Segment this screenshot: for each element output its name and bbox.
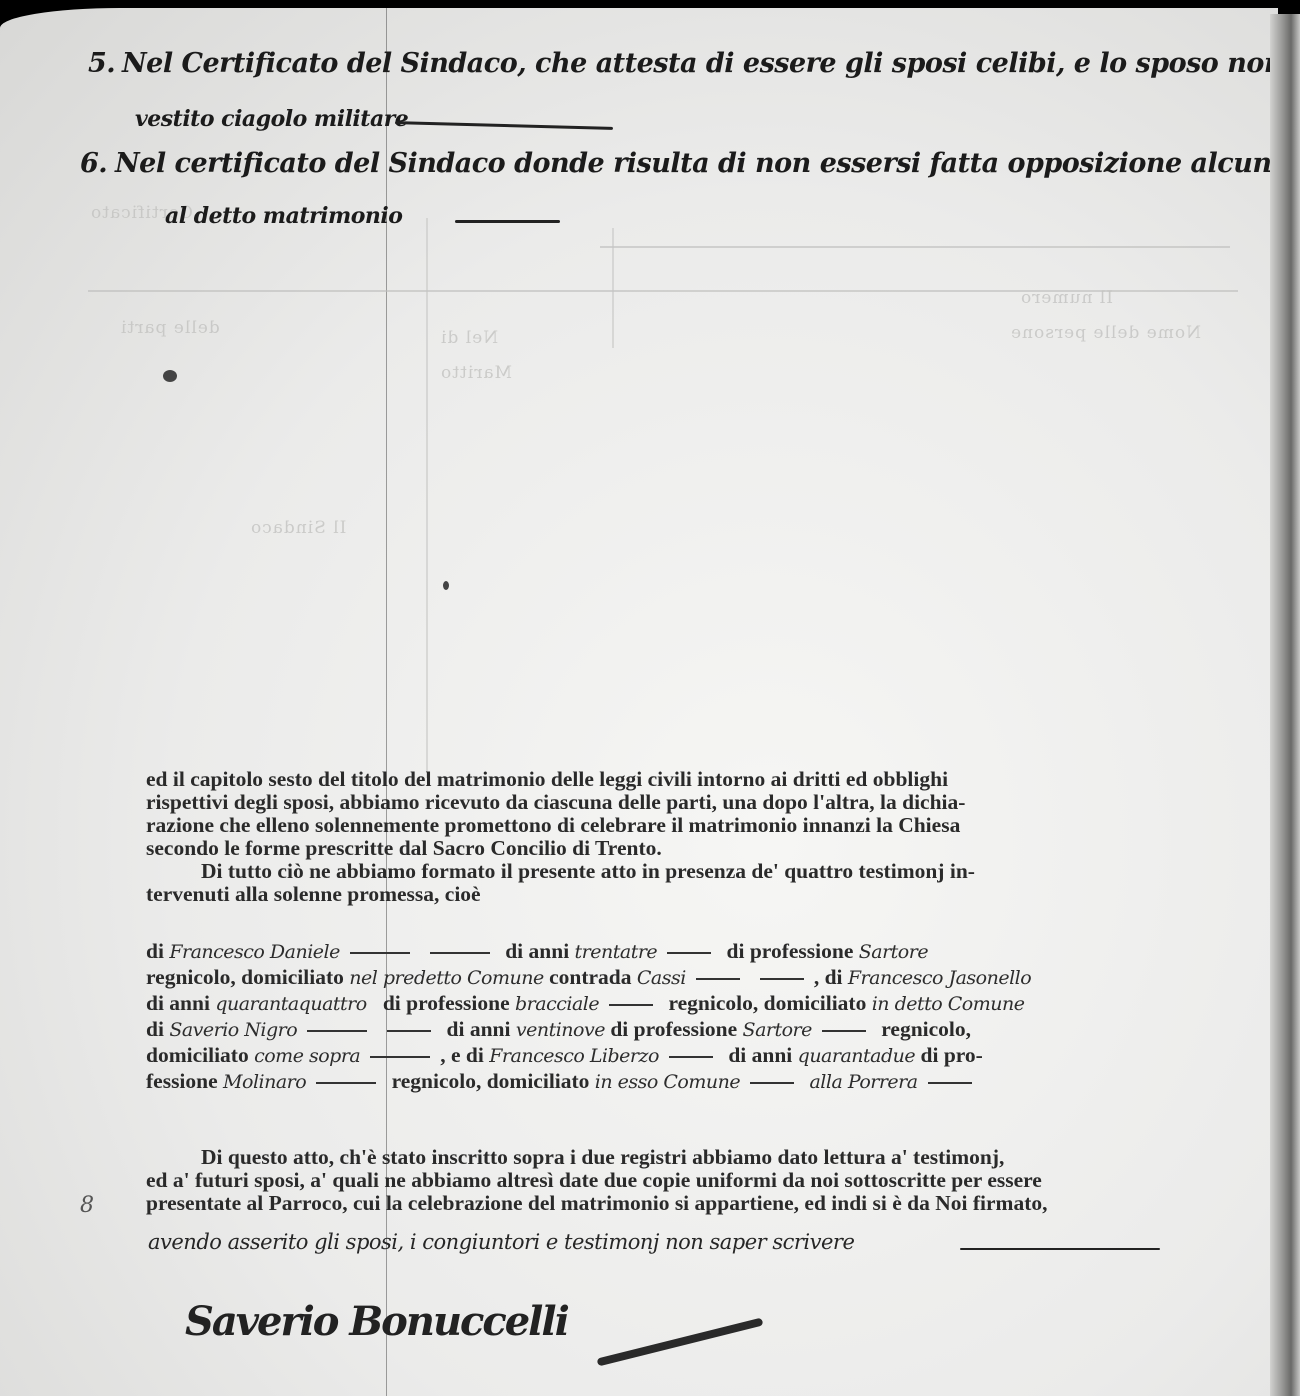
witness-2-name: Francesco Jasonello bbox=[848, 967, 1031, 989]
ink-blot bbox=[443, 581, 449, 590]
bleed-text: Maritto bbox=[440, 363, 512, 383]
printed-line: tervenuti alla solenne promessa, cioè bbox=[146, 883, 1238, 906]
line-filler-stroke bbox=[395, 121, 613, 130]
document-page: Certificato Il numero Nome delle persone… bbox=[0, 8, 1278, 1396]
witness-1-age: trentatre bbox=[575, 941, 658, 963]
witness-1-line: di Francesco Daniele di anni trentatre d… bbox=[146, 940, 1238, 963]
witness-1-name: Francesco Daniele bbox=[169, 941, 340, 963]
printed-line: secondo le forme prescritte dal Sacro Co… bbox=[146, 837, 1238, 860]
witness-2-domicile: in detto Comune bbox=[872, 993, 1025, 1015]
bleed-text: Nome delle persone bbox=[1010, 323, 1201, 343]
printed-body: ed il capitolo sesto del titolo del matr… bbox=[146, 768, 1238, 906]
witness-4-name: Francesco Liberzo bbox=[489, 1045, 659, 1067]
witness-4-street: alla Porrera bbox=[809, 1071, 917, 1093]
item-6-line-1: Nel certificato del Sindaco donde risult… bbox=[115, 148, 1278, 179]
witness-4-line: domiciliato come sopra, e di Francesco L… bbox=[146, 1044, 1238, 1067]
witness-1-street: Cassi bbox=[637, 967, 686, 989]
witness-4-domicile: in esso Comune bbox=[595, 1071, 740, 1093]
witness-3-profession: Sartore bbox=[743, 1019, 812, 1041]
book-page-edge bbox=[1270, 14, 1300, 1396]
bleed-text: delle parti bbox=[120, 318, 220, 338]
bleed-text: Il numero bbox=[1020, 288, 1113, 308]
printed-line: rispettivi degli sposi, abbiamo ricevuto… bbox=[146, 791, 1238, 814]
item-5-line-2: vestito ciagolo militare bbox=[135, 106, 408, 132]
item-6-number: 6. bbox=[80, 148, 107, 179]
witness-4-domicile-line: fessione Molinaro regnicolo, domiciliato… bbox=[146, 1070, 1238, 1093]
bleed-table-vrule bbox=[426, 218, 428, 778]
witness-4-age: quarantadue bbox=[798, 1045, 915, 1067]
printed-line: Di tutto ciò ne abbiamo formato il prese… bbox=[146, 860, 1238, 883]
witness-2-profession: bracciale bbox=[515, 993, 599, 1015]
witness-3-domicile: come sopra bbox=[254, 1045, 360, 1067]
line-filler-stroke bbox=[960, 1248, 1160, 1250]
item-5-number: 5. bbox=[88, 48, 115, 79]
ink-blot bbox=[163, 370, 177, 382]
item-5-line-1: Nel Certificato del Sindaco, che attesta… bbox=[122, 48, 1278, 79]
officer-signature: Saverio Bonuccelli bbox=[185, 1298, 568, 1345]
bleed-table-vrule bbox=[612, 228, 614, 348]
margin-mark: 8 bbox=[80, 1193, 94, 1218]
witness-1-profession: Sartore bbox=[859, 941, 928, 963]
closing-line: presentate al Parroco, cui la celebrazio… bbox=[146, 1192, 1238, 1215]
closing-line: ed a' futuri sposi, a' quali ne abbiamo … bbox=[146, 1169, 1238, 1192]
closing-paragraph: Di questo atto, ch'è stato inscritto sop… bbox=[146, 1146, 1238, 1215]
line-filler-stroke bbox=[455, 220, 560, 223]
closing-line: Di questo atto, ch'è stato inscritto sop… bbox=[146, 1146, 1238, 1169]
bleed-text: Il Sindaco bbox=[250, 518, 346, 538]
bleed-table-rule bbox=[600, 246, 1230, 248]
printed-line: ed il capitolo sesto del titolo del matr… bbox=[146, 768, 1238, 791]
witness-3-line: di Saverio Nigro di anni ventinove di pr… bbox=[146, 1018, 1238, 1041]
witness-3-age: ventinove bbox=[516, 1019, 605, 1041]
witness-2-age: quarantaquattro bbox=[215, 993, 366, 1015]
item-6-line-2: al detto matrimonio bbox=[165, 203, 402, 229]
bleed-text: Nel di bbox=[440, 328, 498, 348]
witness-1-domicile-line: regnicolo, domiciliato nel predetto Comu… bbox=[146, 966, 1238, 989]
witness-3-name: Saverio Nigro bbox=[169, 1019, 297, 1041]
witness-1-domicile: nel predetto Comune bbox=[349, 967, 543, 989]
witnesses-block: di Francesco Daniele di anni trentatre d… bbox=[146, 940, 1238, 1093]
printed-line: razione che elleno solennemente prometto… bbox=[146, 814, 1238, 837]
witness-2-line: di anni quarantaquattro di professione b… bbox=[146, 992, 1238, 1015]
signature-flourish bbox=[597, 1318, 764, 1367]
closing-handwritten-line: avendo asserito gli sposi, i congiuntori… bbox=[148, 1230, 854, 1254]
witness-4-profession: Molinaro bbox=[223, 1071, 306, 1093]
